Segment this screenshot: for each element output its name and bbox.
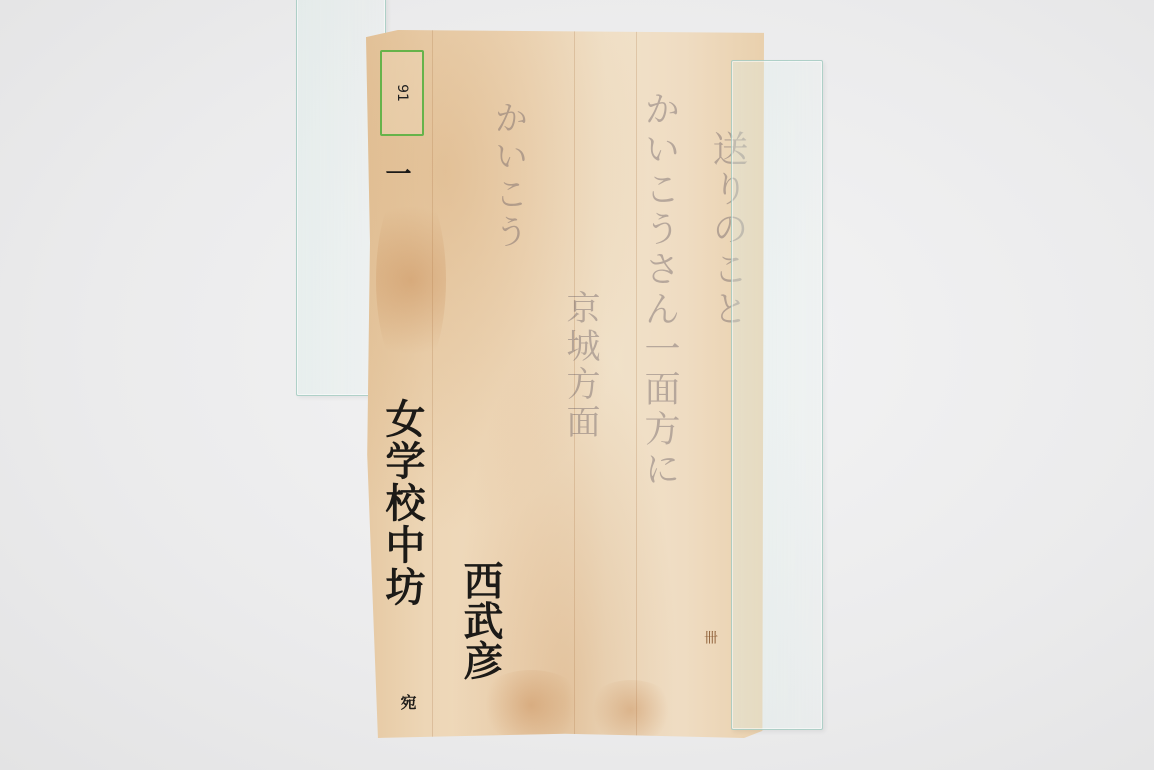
archive-number: 91 <box>394 84 410 102</box>
archive-number-label: 91 <box>380 50 424 136</box>
show-through-text: かいこうさん一面方に <box>634 90 685 490</box>
glass-strip-right <box>731 60 823 730</box>
water-stain <box>376 180 446 380</box>
small-note: 卌 <box>700 630 720 648</box>
sender-name: 西武彦 <box>452 560 509 680</box>
address-suffix: 宛 <box>396 694 419 714</box>
show-through-text: 京城方面 <box>556 290 605 442</box>
top-mark: 一 <box>378 160 415 190</box>
show-through-text: かいこう <box>484 100 533 252</box>
water-stain <box>476 670 586 740</box>
letter-paper: 91 一 女学校中坊 宛 西武彦 かいこうさん一面方に 京城方面 かいこう 送り… <box>366 30 764 738</box>
fold-line <box>432 30 433 738</box>
address-line: 女学校中坊 <box>374 398 431 608</box>
water-stain <box>586 680 676 740</box>
